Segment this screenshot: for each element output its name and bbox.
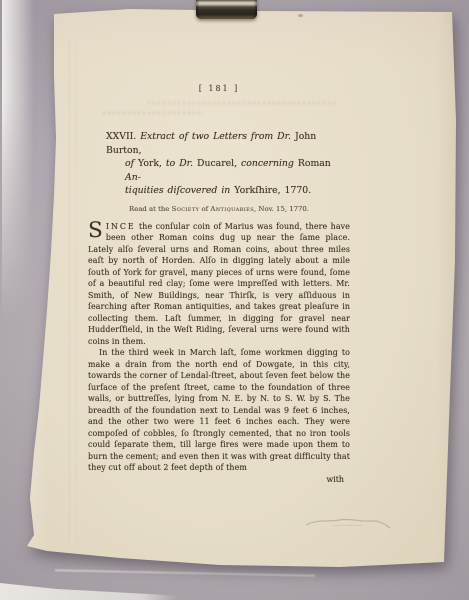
heading-line: of York, to Dr. Ducarel, concerning Roma…: [88, 157, 350, 184]
photo-stage: [ 181 ] XXVII. Extract of two Letters fr…: [0, 0, 469, 600]
document-page: [ 181 ] XXVII. Extract of two Letters fr…: [0, 0, 469, 600]
paragraph-text: the conſular coin of Marius was found, t…: [88, 222, 350, 346]
article-heading: XXVII. Extract of two Letters from Dr. J…: [88, 130, 350, 198]
pencil-mark: [303, 508, 393, 534]
printed-text-block: [ 181 ] XXVII. Extract of two Letters fr…: [88, 84, 350, 485]
body-paragraph-2: In the third week in March laſt, ſome wo…: [88, 347, 350, 474]
catchword: with: [88, 474, 350, 486]
first-word: INCE: [106, 222, 136, 231]
drop-cap: S: [88, 221, 106, 240]
read-at-society-line: Read at the Society of Antiquaries, Nov.…: [88, 205, 350, 213]
document-page-wrap: [ 181 ] XXVII. Extract of two Letters fr…: [0, 0, 469, 600]
paper-fold-crease: [69, 40, 76, 545]
heading-line: XXVII. Extract of two Letters from Dr. J…: [88, 130, 350, 157]
paper-stain: [298, 14, 303, 17]
paragraph-text: In the third week in March laſt, ſome wo…: [88, 348, 350, 472]
binder-clip: [196, 0, 257, 19]
body-paragraph-1: SINCE the conſular coin of Marius was fo…: [88, 221, 350, 348]
heading-line: tiquities diſcovered in Yorkſhire, 1770.: [88, 184, 350, 198]
page-number: [ 181 ]: [88, 84, 350, 93]
